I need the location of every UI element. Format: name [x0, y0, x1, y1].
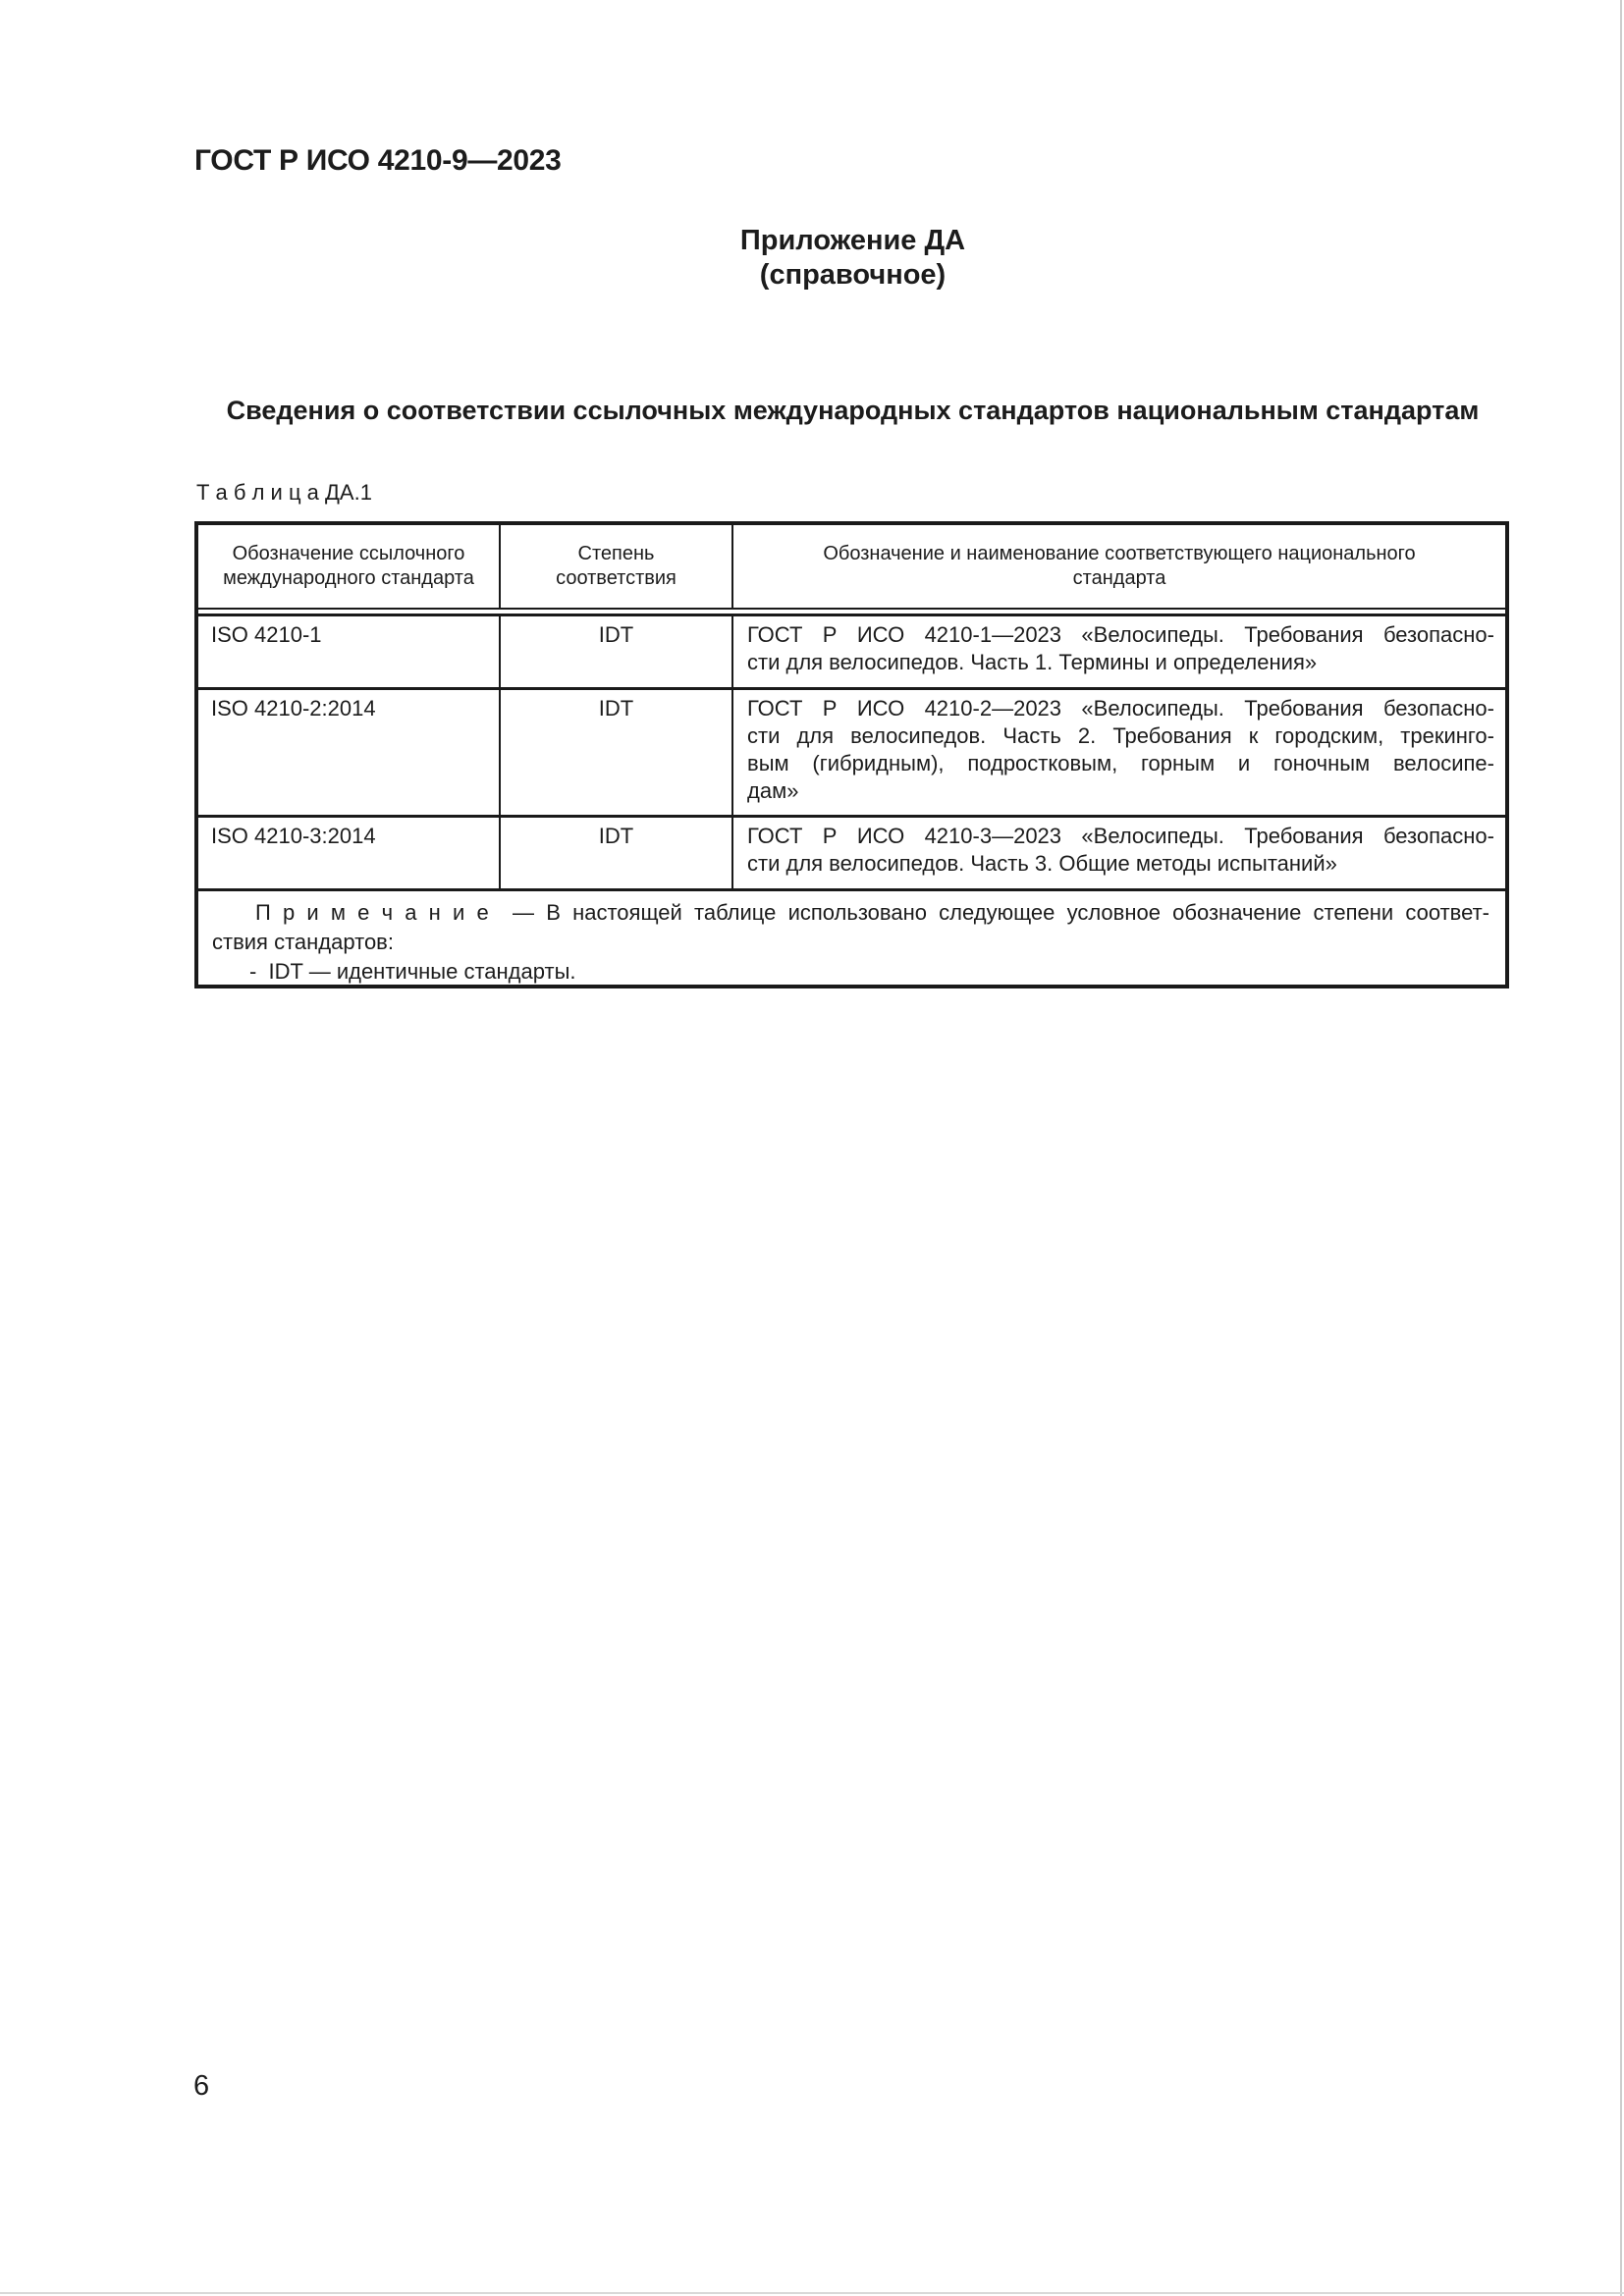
cell-ref-standard: ISO 4210-3:2014 — [198, 818, 501, 888]
appendix-kind: (справочное) — [196, 258, 1509, 293]
scan-edge-bottom — [0, 2292, 1624, 2294]
table-row: ISO 4210-3:2014 IDT ГОСТ Р ИСО 4210-3—20… — [198, 815, 1505, 888]
table-header-row: Обозначение ссылочногомеждународного ста… — [198, 525, 1505, 610]
header-cell-national-standard: Обозначение и наименование соответствующ… — [733, 525, 1505, 608]
scan-edge-right — [1620, 0, 1622, 2296]
table-label: Т а б л и ц а ДА.1 — [196, 480, 372, 506]
running-header: ГОСТ Р ИСО 4210-9—2023 — [194, 144, 562, 178]
cell-ref-standard: ISO 4210-1 — [198, 616, 501, 687]
header-cell-ref-standard: Обозначение ссылочногомеждународного ста… — [198, 525, 501, 608]
cell-degree: IDT — [501, 616, 733, 687]
correspondence-table: Обозначение ссылочногомеждународного ста… — [194, 521, 1509, 988]
section-title: Сведения о соответствии ссылочных междун… — [196, 395, 1509, 426]
appendix-heading: Приложение ДА (справочное) — [196, 224, 1509, 293]
cell-degree: IDT — [501, 690, 733, 815]
page-number: 6 — [193, 2069, 209, 2103]
table-row: ISO 4210-2:2014 IDT ГОСТ Р ИСО 4210-2—20… — [198, 687, 1505, 815]
header-double-rule — [198, 610, 1505, 616]
header-cell-degree: Степеньсоответствия — [501, 525, 733, 608]
cell-national-standard: ГОСТ Р ИСО 4210-2—2023 «Велосипеды. Треб… — [733, 690, 1505, 815]
appendix-name: Приложение ДА — [196, 224, 1509, 258]
cell-national-standard: ГОСТ Р ИСО 4210-1—2023 «Велосипеды. Треб… — [733, 616, 1505, 687]
cell-ref-standard: ISO 4210-2:2014 — [198, 690, 501, 815]
cell-degree: IDT — [501, 818, 733, 888]
table-row: ISO 4210-1 IDT ГОСТ Р ИСО 4210-1—2023 «В… — [198, 616, 1505, 687]
cell-national-standard: ГОСТ Р ИСО 4210-3—2023 «Велосипеды. Треб… — [733, 818, 1505, 888]
table-note: П р и м е ч а н и е — В настоящей таблиц… — [198, 888, 1505, 985]
